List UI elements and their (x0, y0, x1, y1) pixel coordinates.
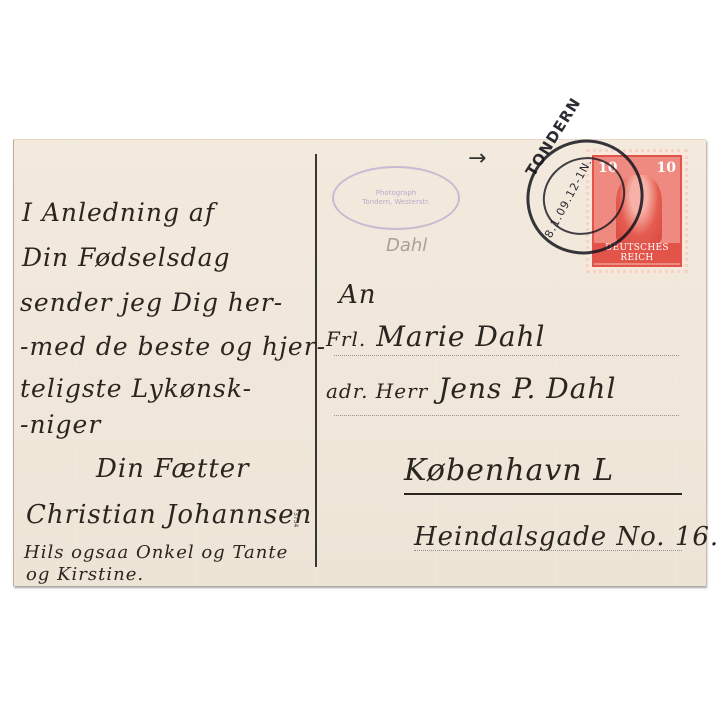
address-line1: Frl.Marie Dahl (326, 320, 546, 353)
signature: Christian Johannsen (26, 500, 312, 530)
address-street: Heindalsgade No. 16. (414, 522, 719, 552)
pencil-note: Dahl (386, 235, 427, 256)
message-line: -niger (20, 410, 101, 439)
message-line: sender jeg Dig her- (20, 288, 283, 317)
message-line: teligste Lykønsk- (20, 374, 252, 403)
photographer-stamp-line: Tondern, Westerstr. (362, 198, 429, 207)
photographer-stamp-line: Photograph (376, 189, 416, 198)
city-underline (404, 493, 682, 495)
address-prefix: adr. Herr (326, 379, 428, 403)
recipient-name: Marie Dahl (376, 320, 545, 353)
address-city: København L (404, 453, 614, 488)
address-prefix: Frl. (326, 327, 366, 351)
address-dotted-line (414, 550, 682, 551)
postscript-line: Hils ogsaa Onkel og Tante (24, 542, 288, 563)
stamp-value: 10 (657, 160, 676, 176)
care-of-name: Jens P. Dahl (438, 372, 616, 405)
address-dotted-line (334, 355, 679, 356)
arrow-icon: → (468, 146, 486, 171)
address-dotted-line (334, 415, 679, 416)
postscript-line: og Kirstine. (26, 564, 144, 585)
address-line2: adr. HerrJens P. Dahl (326, 372, 616, 405)
address-to: An (339, 280, 377, 310)
printer-mark: 3734 (292, 512, 299, 527)
photographer-stamp: Photograph Tondern, Westerstr. (332, 166, 460, 230)
message-line: -med de beste og hjer- (20, 332, 326, 361)
postcard: I Anledning af Din Fødselsdag sender jeg… (13, 139, 706, 586)
message-line: Din Fødselsdag (22, 243, 230, 272)
closing: Din Fætter (96, 454, 250, 484)
message-line: I Anledning af (22, 198, 215, 227)
